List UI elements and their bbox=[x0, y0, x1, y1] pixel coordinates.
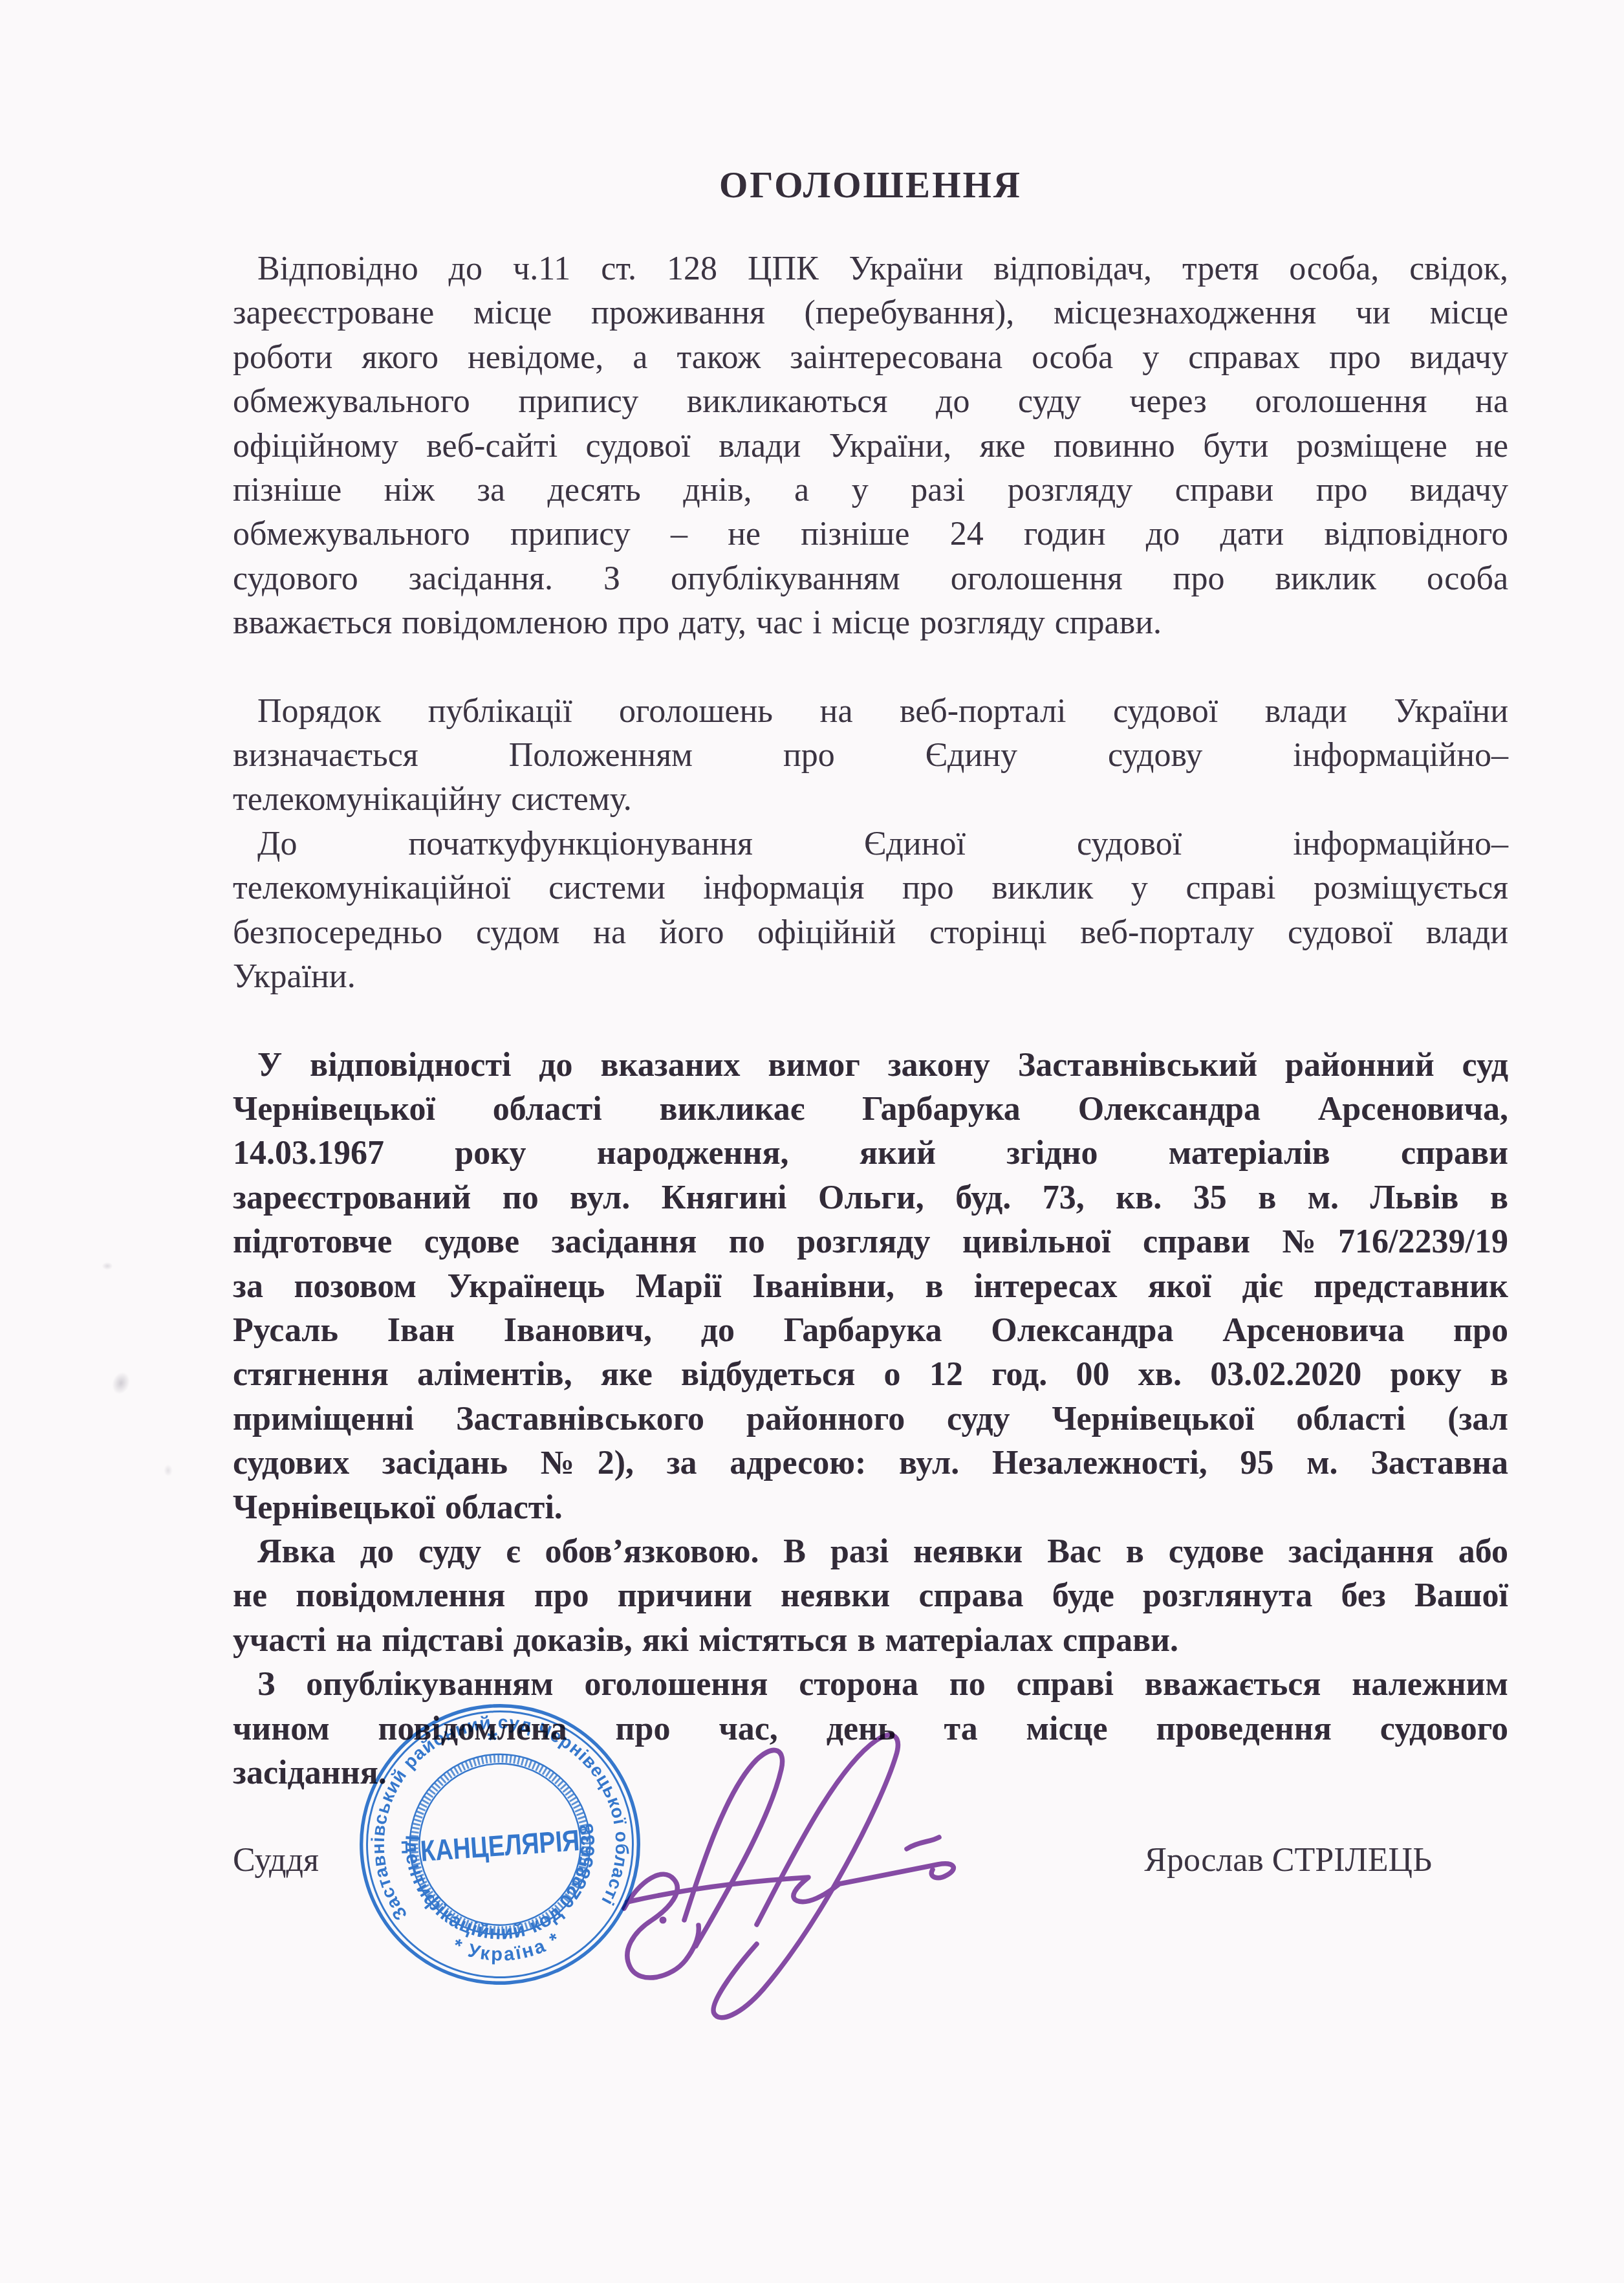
text-line: зареєстроване місце проживання (перебува… bbox=[233, 291, 1508, 335]
text-line: Чернівецької області викликає Гарбарука … bbox=[233, 1087, 1508, 1131]
text-line: за позовом Українець Марії Іванівни, в і… bbox=[233, 1265, 1508, 1309]
text-line: зареєстрований по вул. Княгині Ольги, бу… bbox=[233, 1176, 1508, 1220]
text-line: У відповідності до вказаних вимог закону… bbox=[233, 1043, 1508, 1087]
text-line: Відповідно до ч.11 ст. 128 ЦПК України в… bbox=[233, 247, 1508, 291]
text-line: не повідомлення про причини неявки справ… bbox=[233, 1574, 1508, 1618]
paragraphs: Відповідно до ч.11 ст. 128 ЦПК України в… bbox=[233, 247, 1508, 1795]
paragraph: До початкуфункціонування Єдиної судової … bbox=[233, 822, 1508, 999]
text-line: Чернівецької області. bbox=[233, 1486, 1508, 1530]
scan-artifact bbox=[107, 1368, 135, 1399]
text-line: вважається повідомленою про дату, час і … bbox=[233, 601, 1508, 645]
text-line: участі на підставі доказів, які містятьс… bbox=[233, 1619, 1508, 1663]
scan-artifact bbox=[101, 1262, 114, 1271]
text-line: Русаль Іван Іванович, до Гарбарука Олекс… bbox=[233, 1309, 1508, 1353]
text-line: судових засідань №2), за адресою: вул. Н… bbox=[233, 1441, 1508, 1485]
svg-text:Заставнівський районний суд Че: Заставнівський районний суд Чернівецької… bbox=[358, 1703, 638, 1927]
text-line: 14.03.1967 року народження, який згідно … bbox=[233, 1131, 1508, 1175]
paragraph: Явка до суду є обов’язковою. В разі неяв… bbox=[233, 1530, 1508, 1663]
paragraph: Порядок публікації оголошень на веб-порт… bbox=[233, 690, 1508, 822]
stamp-outer-ring-text: Заставнівський районний суд Чернівецької… bbox=[358, 1703, 638, 1927]
scanned-document-page: ОГОЛОШЕННЯ Відповідно до ч.11 ст. 128 ЦП… bbox=[0, 0, 1624, 2283]
page-title: ОГОЛОШЕННЯ bbox=[233, 163, 1508, 208]
text-line: офіційному веб-сайті судової влади Украї… bbox=[233, 424, 1508, 468]
text-line: обмежувального припису викликаються до с… bbox=[233, 380, 1508, 424]
paragraph: Відповідно до ч.11 ст. 128 ЦПК України в… bbox=[233, 247, 1508, 646]
text-line: роботи якого невідоме, а також заінтерес… bbox=[233, 336, 1508, 380]
judge-signature-icon bbox=[601, 1714, 990, 2025]
text-line: стягнення аліментів, яке відбудеться о 1… bbox=[233, 1353, 1508, 1397]
judge-name: Ярослав СТРІЛЕЦЬ bbox=[1144, 1838, 1432, 1883]
judge-label: Суддя bbox=[233, 1838, 319, 1883]
scan-artifact bbox=[163, 1463, 173, 1478]
text-line: До початкуфункціонування Єдиної судової … bbox=[233, 822, 1508, 866]
text-line: визначається Положенням про Єдину судову… bbox=[233, 734, 1508, 778]
paragraph: У відповідності до вказаних вимог закону… bbox=[233, 1043, 1508, 1530]
text-line: безпосередньо судом на його офіційній ст… bbox=[233, 911, 1508, 955]
text-line: Явка до суду є обов’язковою. В разі неяв… bbox=[233, 1530, 1508, 1574]
text-line: України. bbox=[233, 955, 1508, 999]
text-line: пізніше ніж за десять днів, а у разі роз… bbox=[233, 468, 1508, 512]
stamp-center-text: КАНЦЕЛЯРІЯ bbox=[419, 1824, 580, 1868]
text-line: Порядок публікації оголошень на веб-порт… bbox=[233, 690, 1508, 734]
document-content: ОГОЛОШЕННЯ Відповідно до ч.11 ст. 128 ЦП… bbox=[233, 0, 1508, 1883]
text-line: судового засідання. З опублікуванням ого… bbox=[233, 557, 1508, 601]
text-line: приміщенні Заставнівського районного суд… bbox=[233, 1397, 1508, 1441]
text-line: телекомунікаційну систему. bbox=[233, 778, 1508, 822]
text-line: підготовче судове засідання по розгляду … bbox=[233, 1220, 1508, 1264]
stamp-top-asterisk: * bbox=[486, 1725, 499, 1755]
text-line: обмежувального припису – не пізніше 24 г… bbox=[233, 512, 1508, 556]
text-line: телекомунікаційної системи інформація пр… bbox=[233, 866, 1508, 910]
